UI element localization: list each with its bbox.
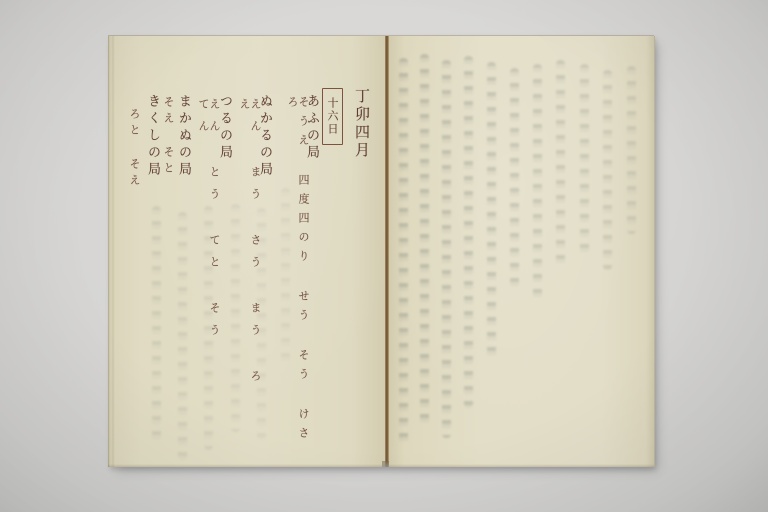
column-annotation-5: ろと そえ: [129, 108, 140, 190]
manuscript-book: 丁卯四月 十六日 あふの局 そうえ 四度四のり せう そう けさ ろ ぬかるの局…: [108, 35, 654, 467]
ink-bleed-column: [399, 58, 408, 448]
ink-bleed-column: [178, 212, 187, 460]
ink-bleed-column: [510, 68, 519, 288]
column-annotation-3: えん とう てと そう てん: [198, 98, 220, 378]
ink-bleed-column: [603, 70, 612, 270]
ink-bleed-column: [556, 60, 565, 266]
column-name-4: まかぬの局: [177, 94, 190, 179]
page-bottom-edge: [389, 464, 654, 467]
month-header: 丁卯四月: [354, 88, 369, 160]
ink-bleed-column: [487, 62, 496, 362]
ink-bleed-column: [533, 64, 542, 302]
ink-bleed-column: [442, 60, 451, 438]
right-page: [389, 36, 655, 467]
left-page: 丁卯四月 十六日 あふの局 そうえ 四度四のり せう そう けさ ろ ぬかるの局…: [108, 36, 385, 467]
column-annotation-2: えん まう さう まう ろえ: [239, 98, 261, 393]
page-bottom-edge: [108, 464, 385, 467]
ink-bleed-column: [580, 64, 589, 254]
column-annotation-1: そうえ 四度四のり せう そう けさ ろ: [287, 96, 309, 448]
date-box: 十六日: [322, 88, 343, 145]
ink-bleed-column: [420, 54, 429, 426]
ink-bleed-column: [464, 56, 473, 408]
page-edge-stack: [108, 36, 118, 467]
column-name-5: きくしの局: [146, 94, 159, 179]
column-annotation-4: そえ そと: [163, 96, 174, 178]
ink-bleed-column: [152, 206, 161, 446]
ink-bleed-column: [627, 66, 636, 234]
date-label: 十六日: [327, 97, 338, 136]
photo-background: 丁卯四月 十六日 あふの局 そうえ 四度四のり せう そう けさ ろ ぬかるの局…: [0, 0, 768, 512]
